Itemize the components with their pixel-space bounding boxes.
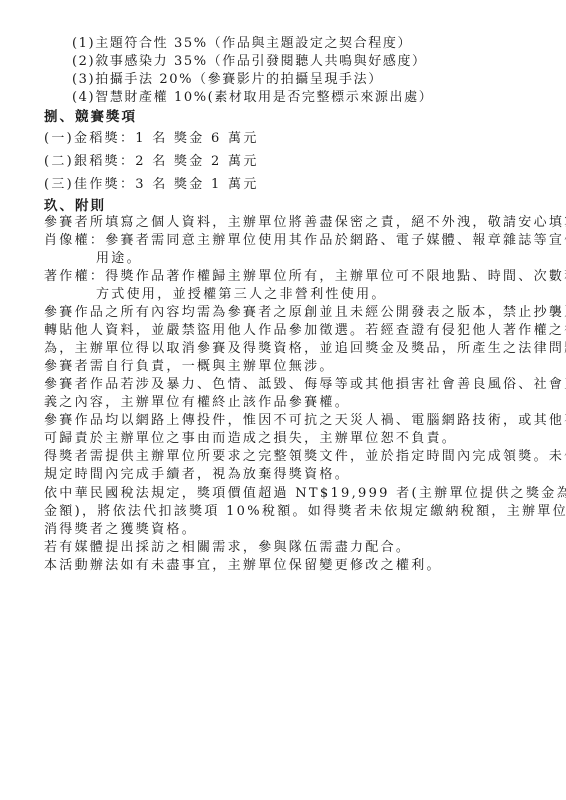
originality-clause-1: 參賽作品之所有內容均需為參賽者之原創並且未經公開發表之版本，禁止抄襲及 [44,305,566,321]
content-clause-2: 義之內容，主辦單位有權終止該作品參賽權。 [44,395,350,411]
criteria-item-3: (3)拍攝手法 20%（參賽影片的拍攝呈現手法） [72,72,383,88]
prize-honorable: (三)佳作獎：3 名 獎金 1 萬元 [44,177,259,193]
award-claim-clause-2: 規定時間內完成手續者，視為放棄得獎資格。 [44,467,350,483]
section-heading-prizes: 捌、競賽獎項 [44,109,137,125]
criteria-item-2: (2)敘事感染力 35%（作品引發閱聽人共鳴與好感度） [72,54,427,70]
criteria-item-1: (1)主題符合性 35%（作品與主題設定之契合程度） [72,36,412,52]
originality-clause-3: 為，主辦單位得以取消參賽及得獎資格，並追回獎金及獎品，所產生之法律問題 [44,341,566,357]
document-page: (1)主題符合性 35%（作品與主題設定之契合程度） (2)敘事感染力 35%（… [0,0,566,800]
originality-clause-2: 轉貼他人資料，並嚴禁盜用他人作品參加徵選。若經查證有侵犯他人著作權之行 [44,323,566,339]
tax-clause-1: 依中華民國稅法規定，獎項價值超過 NT$19,999 者(主辦單位提供之獎金為含… [44,486,566,502]
upload-clause-2: 可歸責於主辦單位之事由而造成之損失，主辦單位恕不負責。 [44,431,457,447]
copyright-clause: 著作權：得獎作品著作權歸主辦單位所有，主辦單位可不限地點、時間、次數和 [44,269,566,285]
portrait-rights-clause-cont: 用途。 [96,251,142,267]
tax-clause-3: 消得獎者之獲獎資格。 [44,522,197,538]
section-heading-appendix: 玖、附則 [44,198,106,214]
criteria-item-4: (4)智慧財產權 10%(素材取用是否完整標示來源出處） [72,90,433,106]
privacy-clause: 參賽者所填寫之個人資料，主辦單位將善盡保密之責，絕不外洩，敬請安心填寫。 [44,215,566,231]
copyright-clause-cont: 方式使用，並授權第三人之非營利性使用。 [96,287,387,303]
prize-silver: (二)銀稻獎：2 名 獎金 2 萬元 [44,154,259,170]
content-clause-1: 參賽者作品若涉及暴力、色情、詆毀、侮辱等或其他損害社會善良風俗、社會正 [44,377,566,393]
media-clause: 若有媒體提出採訪之相關需求，參與隊伍需盡力配合。 [44,540,411,556]
award-claim-clause-1: 得獎者需提供主辦單位所要求之完整領獎文件，並於指定時間內完成領獎。未依 [44,449,566,465]
prize-gold: (一)金稻獎：1 名 獎金 6 萬元 [44,131,259,147]
portrait-rights-clause: 肖像權：參賽者需同意主辦單位使用其作品於網路、電子媒體、報章雜誌等宣傳 [44,233,566,249]
tax-clause-2: 金額)，將依法代扣該獎項 10%稅額。如得獎者未依規定繳納稅額，主辦單位得取 [44,504,566,520]
upload-clause-1: 參賽作品均以網路上傳投件，惟因不可抗之天災人禍、電腦網路技術，或其他不 [44,413,566,429]
originality-clause-4: 參賽者需自行負責，一概與主辦單位無涉。 [44,359,335,375]
modification-clause: 本活動辦法如有未盡事宜，主辦單位保留變更修改之權利。 [44,558,442,574]
